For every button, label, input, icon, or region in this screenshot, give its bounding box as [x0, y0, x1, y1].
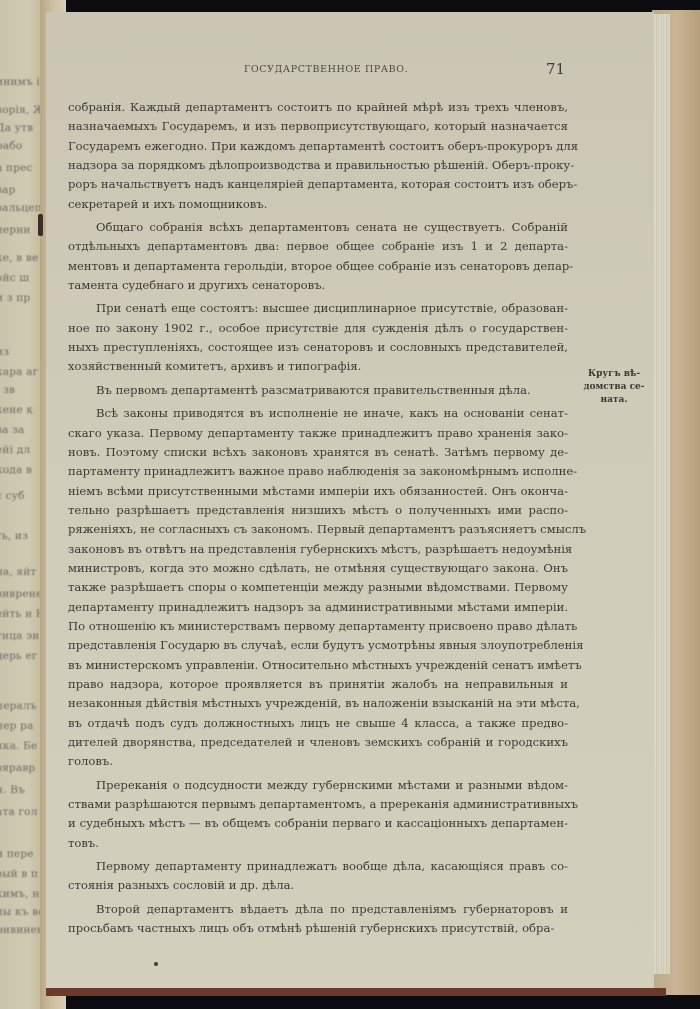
left-page-text-fragment: лерни	[0, 224, 31, 236]
text-line: Второй департаментъ вѣдаетъ дѣла по пред…	[68, 900, 568, 919]
paragraph: Второй департаментъ вѣдаетъ дѣла по пред…	[68, 900, 568, 939]
paragraph: Первому департаменту принадлежатъ вообще…	[68, 857, 568, 896]
paragraph: Въ первомъ департаментѣ разсматриваются …	[68, 381, 568, 400]
text-line: законовъ въ отвѣтъ на представленія губе…	[68, 540, 568, 559]
paragraph: собранія. Каждый департаментъ состоитъ п…	[68, 98, 568, 214]
left-page-text-fragment: а прес	[0, 162, 33, 174]
left-page-text-fragment: вальцеп	[0, 202, 42, 214]
text-line: собранія. Каждый департаментъ состоитъ п…	[68, 98, 568, 117]
text-line: головъ.	[68, 752, 568, 771]
text-line: просьбамъ частныхъ лицъ объ отмѣнѣ рѣшен…	[68, 919, 568, 938]
text-line: ныхъ преступленіяхъ, состоящее изъ сенат…	[68, 338, 568, 357]
left-page-text-fragment: ривинен	[0, 924, 44, 936]
text-line: товъ.	[68, 834, 568, 853]
text-line: въ министерскомъ управленіи. Относительн…	[68, 656, 568, 675]
text-line: тамента судебнаго и другихъ сенаторовъ.	[68, 276, 568, 295]
text-line: стоянія разныхъ сословій и др. дѣла.	[68, 876, 568, 895]
book-bottom-edge	[46, 988, 666, 996]
left-page-text-fragment: лы къ во	[0, 906, 45, 918]
show-through-text	[578, 260, 650, 273]
left-page-text-fragment: ть, из	[0, 530, 28, 542]
running-title: Государственное право.	[244, 64, 408, 75]
text-line: Всѣ законы приводятся въ исполненіе не и…	[68, 404, 568, 423]
left-page-text-fragment: пералъ	[0, 700, 37, 712]
text-line: надзора за порядкомъ дѣлопроизводства и …	[68, 156, 568, 175]
text-line: Государемъ ежегодно. При каждомъ департа…	[68, 137, 568, 156]
left-page-text-fragment: ейть и Р	[0, 608, 43, 620]
left-page-text-fragment: пер ра	[0, 720, 33, 732]
text-line: При сенатѣ еще состоятъ: высшее дисципли…	[68, 299, 568, 318]
body-text: собранія. Каждый департаментъ состоитъ п…	[68, 98, 568, 942]
left-page-text-fragment: дерь ег	[0, 650, 38, 662]
left-page-text-fragment: ата гол	[0, 806, 38, 818]
left-page-text-fragment: ке, в ве	[0, 252, 38, 264]
margin-note-line: ната.	[578, 394, 650, 407]
paragraph: При сенатѣ еще состоятъ: высшее дисципли…	[68, 299, 568, 376]
page-header: Государственное право. 71	[46, 64, 654, 84]
paper-spot	[154, 962, 158, 966]
paragraph: Всѣ законы приводятся въ исполненіе не и…	[68, 404, 568, 772]
left-page-text-fragment: кара аг	[0, 366, 38, 378]
text-line: отдѣльныхъ департаментовъ два: первое об…	[68, 237, 568, 256]
text-line: министровъ, когда это можно сдѣлать, не …	[68, 559, 568, 578]
paragraph: Общаго собранія всѣхъ департаментовъ сен…	[68, 218, 568, 295]
text-line: право надзора, которое проявляется въ пр…	[68, 675, 568, 694]
text-line: дителей дворянства, председателей и член…	[68, 733, 568, 752]
book-page: Государственное право. 71 собранія. Кажд…	[46, 12, 654, 988]
paragraph: Пререканія о подсудности между губернски…	[68, 776, 568, 853]
text-line: незаконныя дѣйствія мѣстныхъ учрежденій,…	[68, 694, 568, 713]
margin-note: Кругъ вѣ- домства се- ната.	[578, 368, 650, 407]
text-line: новъ. Поэтому списки всѣхъ законовъ хран…	[68, 443, 568, 462]
left-page-text-fragment: вый в п	[0, 868, 38, 880]
left-page-text-fragment: и пере	[0, 848, 34, 860]
margin-note-line: Кругъ вѣ-	[578, 368, 650, 381]
text-line: назначаемыхъ Государемъ, и изъ первоприс…	[68, 117, 568, 136]
text-line: Въ первомъ департаментѣ разсматриваются …	[68, 381, 568, 400]
text-line: въ отдачѣ подъ судъ должностныхъ лицъ не…	[68, 714, 568, 733]
left-page-text-fragment: ойс ш	[0, 272, 29, 284]
text-line: и судебныхъ мѣстъ — въ общемъ собраніи п…	[68, 814, 568, 833]
left-page-text-fragment: кода в	[0, 464, 32, 476]
text-line: также разрѣшаетъ споры о компетенціи меж…	[68, 578, 568, 597]
text-line: тельно разрѣшаетъ представленія низшихъ …	[68, 501, 568, 520]
text-line: секретарей и ихъ помощниковъ.	[68, 195, 568, 214]
left-page-text-fragment: вяравр	[0, 762, 35, 774]
text-line: партаменту принадлежитъ важное право наб…	[68, 462, 568, 481]
page-block-edges	[652, 14, 670, 974]
left-page-text-fragment: ейі дл	[0, 444, 30, 456]
left-page-text-fragment: рабо	[0, 140, 22, 152]
left-page-text-fragment: ч. Въ	[0, 784, 25, 796]
text-line: представленія Государю въ случаѣ, если б…	[68, 636, 568, 655]
text-line: Общаго собранія всѣхъ департаментовъ сен…	[68, 218, 568, 237]
left-page-text-fragment: из	[0, 346, 9, 358]
left-page-text-fragment: ва за	[0, 424, 25, 436]
text-line: ментовъ и департамента герольдіи, второе…	[68, 257, 568, 276]
text-line: ное по закону 1902 г., особое присутстві…	[68, 319, 568, 338]
text-line: ніемъ всѣми присутственными мѣстами импе…	[68, 482, 568, 501]
text-line: ствами разрѣшаются первымъ департаментом…	[68, 795, 568, 814]
text-line: скаго указа. Первому департаменту также …	[68, 424, 568, 443]
left-page-text-fragment: с суб	[0, 490, 25, 502]
left-page-text-fragment: ла, яйт	[0, 566, 36, 578]
text-line: департаменту принадлежитъ надзоръ за адм…	[68, 598, 568, 617]
left-page-text-fragment: тица эи	[0, 630, 39, 642]
text-line: хозяйственный комитетъ, архивъ и типогра…	[68, 357, 568, 376]
text-line: По отношенію къ министерствамъ первому д…	[68, 617, 568, 636]
binding-thread-mark	[38, 214, 43, 236]
page-number: 71	[546, 60, 565, 78]
left-page-text-fragment: Да утв	[0, 122, 33, 134]
text-line: роръ начальствуетъ надъ канцеляріей депа…	[68, 175, 568, 194]
text-line: Пререканія о подсудности между губернски…	[68, 776, 568, 795]
left-page-text-fragment: кене к	[0, 404, 33, 416]
text-line: Первому департаменту принадлежатъ вообще…	[68, 857, 568, 876]
left-page-text-fragment: і зв	[0, 384, 15, 396]
left-page-text-fragment: вар	[0, 184, 16, 196]
left-page-text-fragment: и з пр	[0, 292, 30, 304]
margin-note-line: домства се-	[578, 381, 650, 394]
left-page-text-fragment: виврене	[0, 588, 42, 600]
text-line: ряженіяхъ, не согласныхъ съ закономъ. Пе…	[68, 520, 568, 539]
left-page-text-fragment: яка. Бе	[0, 740, 37, 752]
